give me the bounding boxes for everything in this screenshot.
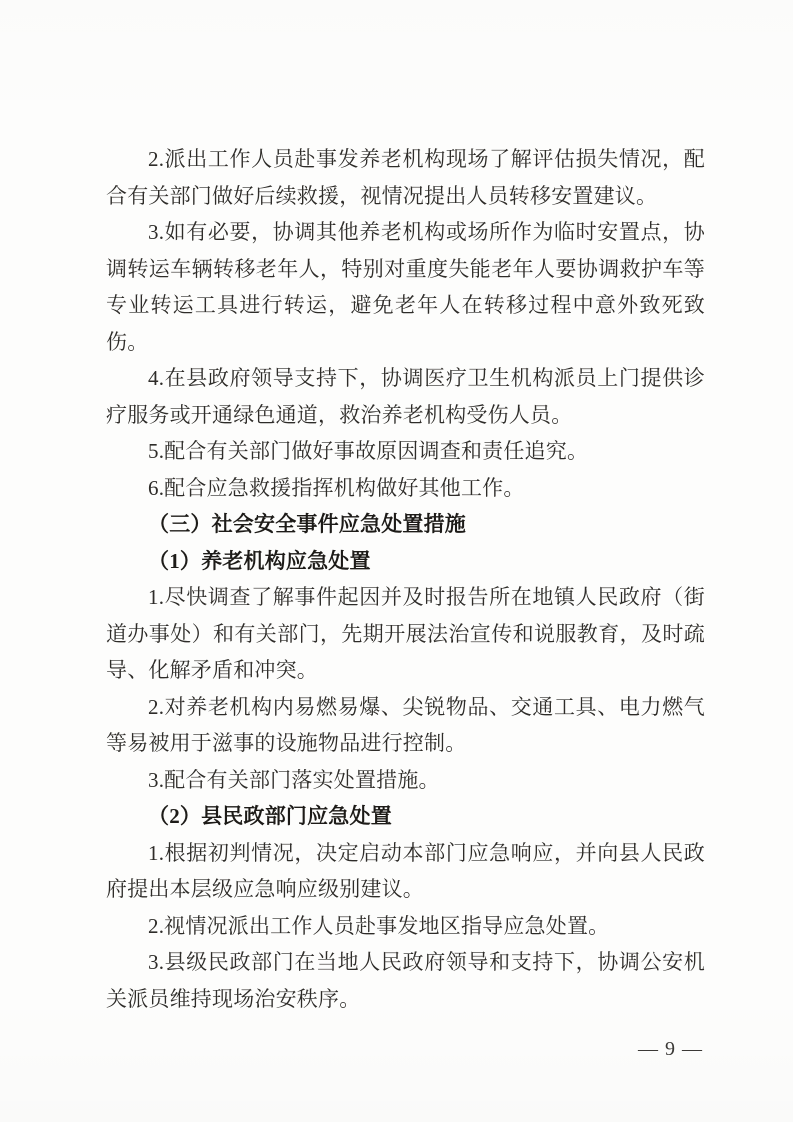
page-number: — 9 — (638, 1038, 703, 1060)
body-paragraph: 2.对养老机构内易燃易爆、尖锐物品、交通工具、电力燃气等易被用于滋事的设施物品进… (106, 689, 705, 762)
section-heading: （1）养老机构应急处置 (106, 543, 705, 580)
body-paragraph: 2.视情况派出工作人员赴事发地区指导应急处置。 (106, 908, 705, 945)
page-footer: — 9 — (638, 1038, 703, 1060)
body-paragraph: 1.根据初判情况，决定启动本部门应急响应，并向县人民政府提出本层级应急响应级别建… (106, 835, 705, 908)
body-paragraph: 1.尽快调查了解事件起因并及时报告所在地镇人民政府（街道办事处）和有关部门，先期… (106, 579, 705, 689)
document-body: 2.派出工作人员赴事发养老机构现场了解评估损失情况，配合有关部门做好后续救援，视… (106, 141, 705, 1017)
body-paragraph: 3.县级民政部门在当地人民政府领导和支持下，协调公安机关派员维持现场治安秩序。 (106, 944, 705, 1017)
body-paragraph: 3.如有必要，协调其他养老机构或场所作为临时安置点，协调转运车辆转移老年人，特别… (106, 214, 705, 360)
body-paragraph: 3.配合有关部门落实处置措施。 (106, 762, 705, 799)
body-paragraph: 4.在县政府领导支持下，协调医疗卫生机构派员上门提供诊疗服务或开通绿色通道，救治… (106, 360, 705, 433)
section-heading: （2）县民政部门应急处置 (106, 798, 705, 835)
document-page: 2.派出工作人员赴事发养老机构现场了解评估损失情况，配合有关部门做好后续救援，视… (0, 0, 793, 1122)
body-paragraph: 5.配合有关部门做好事故原因调查和责任追究。 (106, 433, 705, 470)
body-paragraph: 2.派出工作人员赴事发养老机构现场了解评估损失情况，配合有关部门做好后续救援，视… (106, 141, 705, 214)
section-heading: （三）社会安全事件应急处置措施 (106, 506, 705, 543)
body-paragraph: 6.配合应急救援指挥机构做好其他工作。 (106, 470, 705, 507)
